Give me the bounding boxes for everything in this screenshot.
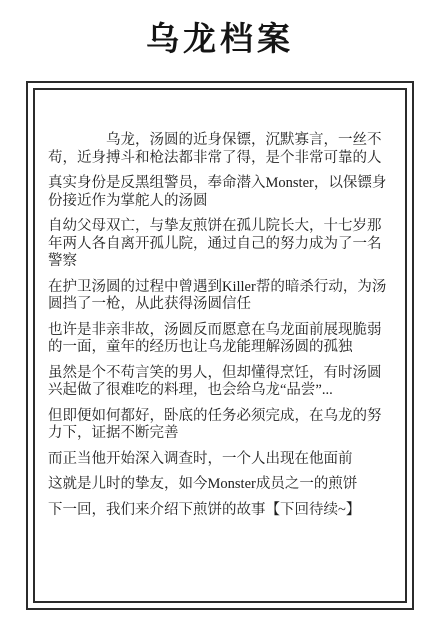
paragraph-mission: 但即便如何都好，卧底的任务必须完成，在乌龙的努力下，证据不断完善 [48,408,393,443]
paragraph-friend: 这就是儿时的挚友，如今Monster成员之一的煎饼 [48,476,393,494]
paragraph-assassination: 在护卫汤圆的过程中曾遇到Killer帮的暗杀行动，为汤圆挡了一枪，从此获得汤圆信… [48,279,393,314]
paragraph-investigation: 而正当他开始深入调查时，一个人出现在他面前 [48,451,393,469]
paragraph-intro: 乌龙，汤圆的近身保镖，沉默寡言，一丝不苟，近身搏斗和枪法都非常了得，是个非常可靠… [48,132,393,167]
page-title: 乌龙档案 [0,19,440,59]
paragraph-identity: 真实身份是反黑组警员，奉命潜入Monster，以保镖身份接近作为掌舵人的汤圆 [48,175,393,210]
content-frame-outer: 乌龙，汤圆的近身保镖，沉默寡言，一丝不苟，近身搏斗和枪法都非常了得，是个非常可靠… [26,81,414,610]
paragraph-next-episode: 下一回，我们来介绍下煎饼的故事【下回待续~】 [48,502,393,520]
paragraph-childhood: 自幼父母双亡，与挚友煎饼在孤儿院长大，十七岁那年两人各自离开孤儿院，通过自己的努… [48,218,393,271]
paragraph-cooking: 虽然是个不苟言笑的男人，但却懂得烹饪，有时汤圆兴起做了很难吃的料理，也会给乌龙“… [48,365,393,400]
paragraph-trust: 也许是非亲非故，汤圆反而愿意在乌龙面前展现脆弱的一面，童年的经历也让乌龙能理解汤… [48,322,393,357]
content-frame-inner: 乌龙，汤圆的近身保镖，沉默寡言，一丝不苟，近身搏斗和枪法都非常了得，是个非常可靠… [33,88,407,603]
document-page: 乌龙档案 乌龙，汤圆的近身保镖，沉默寡言，一丝不苟，近身搏斗和枪法都非常了得，是… [0,0,440,640]
